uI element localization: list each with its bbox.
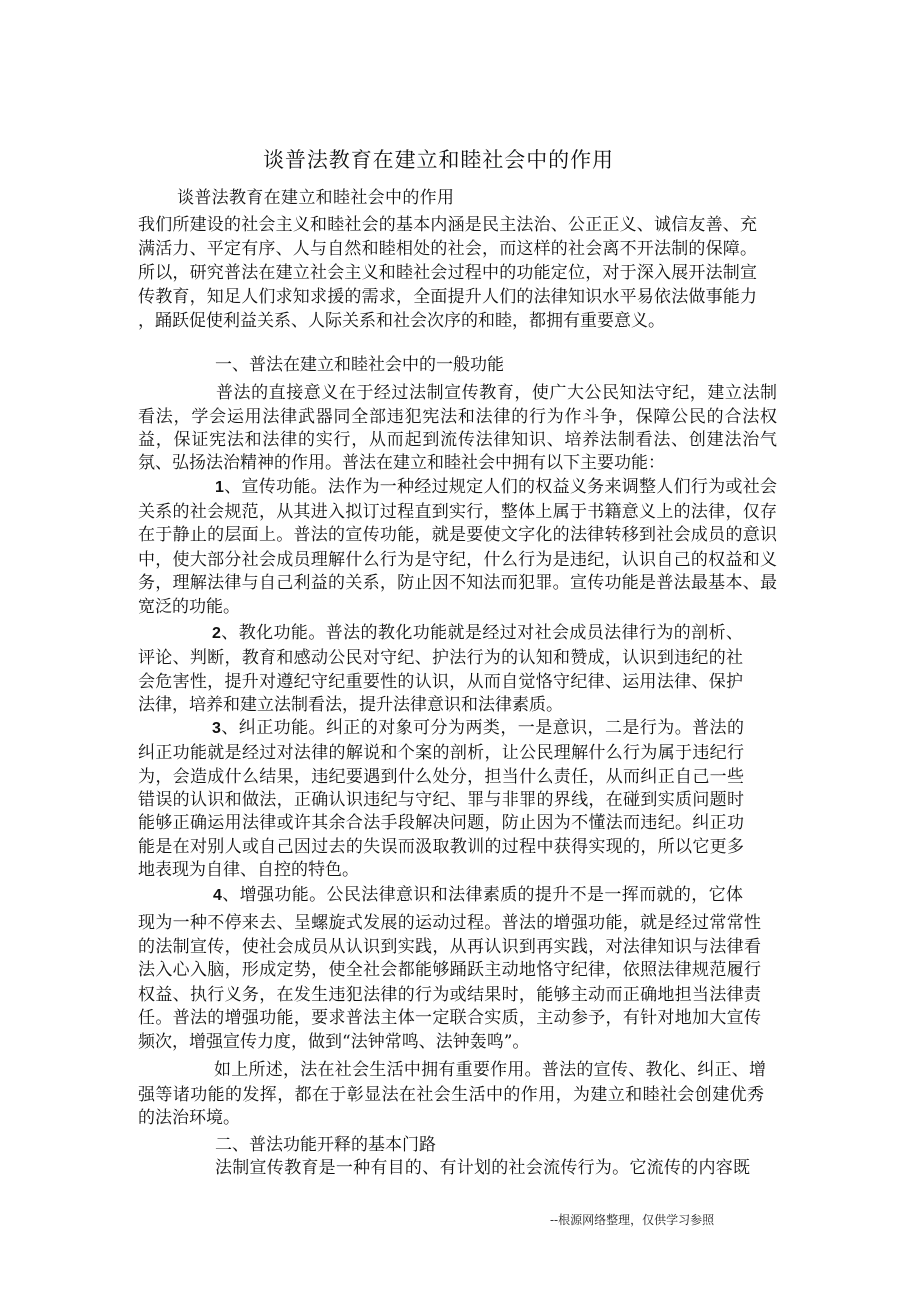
item-number: 4 bbox=[213, 887, 222, 904]
section-heading-2: 二、普法功能开释的基本门路 bbox=[215, 1133, 436, 1157]
text-line: 法制宣传教育是一种有目的、有计划的社会流传行为。它流传的内容既 bbox=[215, 1156, 750, 1180]
line-text: 、增强功能。公民法律意识和法律素质的提升不是一挥而就的，它体 bbox=[222, 885, 743, 905]
text-line: 的法制宣传，使社会成员从认识到实践，从再认识到再实践，对法律知识与法律看 bbox=[138, 935, 761, 959]
text-line: 如上所述，法在社会生活中拥有重要作用。普法的宣传、教化、纠正、增 bbox=[214, 1058, 766, 1082]
text-line: 传教育，知足人们求知求援的需求，全面提升人们的法律知识水平易依法做事能力 bbox=[138, 285, 757, 309]
text-line: 1、宣传功能。法作为一种经过规定人们的权益义务来调整人们行为或社会 bbox=[215, 475, 777, 499]
item-number: 1 bbox=[215, 479, 224, 496]
text-line: 在于静止的层面上。普法的宣传功能，就是要使文字化的法律转移到社会成员的意识 bbox=[138, 523, 777, 547]
text-line: 频次，增强宣传力度，做到“法钟常鸣、法钟轰鸣”。 bbox=[138, 1030, 529, 1054]
text-line: 满活力、平定有序、人与自然和睦相处的社会，而这样的社会离不开法制的保障。 bbox=[138, 237, 757, 261]
document-title: 谈普法教育在建立和睦社会中的作用 bbox=[263, 146, 613, 174]
section-heading-1: 一、普法在建立和睦社会中的一般功能 bbox=[215, 353, 504, 377]
text-line: 3、纠正功能。纠正的对象可分为两类，一是意识，二是行为。普法的 bbox=[212, 716, 744, 740]
text-line: 法入心入脑，形成定势，使全社会都能够踊跃主动地恪守纪律，依照法律规范履行 bbox=[138, 958, 761, 982]
text-line: 现为一种不停来去、呈螺旋式发展的运动过程。普法的增强功能，就是经过常常性 bbox=[138, 911, 761, 935]
text-line: 关系的社会规范，从其进入拟订过程直到实行，整体上属于书籍意义上的法律，仅存 bbox=[138, 500, 777, 524]
text-line: 法律，培养和建立法制看法，提升法律意识和法律素质。 bbox=[138, 693, 563, 717]
item-number: 2 bbox=[212, 625, 221, 642]
line-text: 、纠正功能。纠正的对象可分为两类，一是意识，二是行为。普法的 bbox=[221, 718, 744, 738]
text-line: 2、教化功能。普法的教化功能就是经过对社会成员法律行为的剖析、 bbox=[212, 621, 743, 645]
text-line: 所以，研究普法在建立社会主义和睦社会过程中的功能定位，对于深入展开法制宣 bbox=[138, 261, 757, 285]
document-subtitle: 谈普法教育在建立和睦社会中的作用 bbox=[177, 186, 454, 210]
text-line: ，踊跃促使利益关系、人际关系和社会次序的和睦，都拥有重要意义。 bbox=[138, 309, 665, 333]
text-line: 纠正功能就是经过对法律的解说和个案的剖析，让公民理解什么行为属于违纪行 bbox=[138, 741, 744, 765]
text-line: 中，使大部分社会成员理解什么行为是守纪，什么行为是违纪，认识自己的权益和义 bbox=[138, 548, 777, 572]
text-line: 错误的认识和做法，正确认识违纪与守纪、罪与非罪的界线，在碰到实质问题时 bbox=[138, 788, 744, 812]
text-line: 能是在对别人或自己因过去的失误而汲取教训的过程中获得实现的，所以它更多 bbox=[138, 835, 744, 859]
footer-note: --根源网络整理，仅供学习参照 bbox=[550, 1211, 714, 1229]
text-line: 为，会造成什么结果，违纪要遇到什么处分，担当什么责任，从而纠正自己一些 bbox=[138, 765, 744, 789]
text-line: 宽泛的功能。 bbox=[138, 595, 240, 619]
text-line: 我们所建设的社会主义和睦社会的基本内涵是民主法治、公正正义、诚信友善、充 bbox=[138, 213, 757, 237]
text-line: 地表现为自律、自控的特色。 bbox=[138, 858, 359, 882]
document-page: 谈普法教育在建立和睦社会中的作用 谈普法教育在建立和睦社会中的作用 我们所建设的… bbox=[0, 0, 920, 1303]
text-line: 的法治环境。 bbox=[138, 1106, 240, 1130]
line-text: 、教化功能。普法的教化功能就是经过对社会成员法律行为的剖析、 bbox=[221, 623, 743, 643]
text-line: 4、增强功能。公民法律意识和法律素质的提升不是一挥而就的，它体 bbox=[213, 883, 743, 907]
text-line: 能够正确运用法律或许其余合法手段解决问题，防止因为不懂法而违纪。纠正功 bbox=[138, 811, 744, 835]
text-line: 权益、执行义务，在发生违犯法律的行为或结果时，能够主动而正确地担当法律责 bbox=[138, 983, 761, 1007]
item-number: 3 bbox=[212, 720, 221, 737]
text-line: 会危害性，提升对遵纪守纪重要性的认识，从而自觉恪守纪律、运用法律、保护 bbox=[138, 670, 743, 694]
text-line: 评论、判断，教育和感动公民对守纪、护法行为的认知和赞成，认识到违纪的社 bbox=[138, 646, 743, 670]
text-line: 强等诸功能的发挥，都在于彰显法在社会生活中的作用，为建立和睦社会创建优秀 bbox=[138, 1083, 764, 1107]
text-line: 普法的直接意义在于经过法制宣传教育，使广大公民知法守纪，建立法制 bbox=[216, 381, 777, 405]
line-text: 、宣传功能。法作为一种经过规定人们的权益义务来调整人们行为或社会 bbox=[224, 477, 777, 497]
text-line: 氛、弘扬法治精神的作用。普法在建立和睦社会中拥有以下主要功能： bbox=[138, 451, 665, 475]
text-line: 务，理解法律与自己利益的关系，防止因不知法而犯罪。宣传功能是普法最基本、最 bbox=[138, 571, 777, 595]
text-line: 益，保证宪法和法律的实行，从而起到流传法律知识、培养法制看法、创建法治气 bbox=[138, 428, 777, 452]
text-line: 任。普法的增强功能，要求普法主体一定联合实质，主动参予，有针对地加大宣传 bbox=[138, 1006, 761, 1030]
text-line: 看法，学会运用法律武器同全部违犯宪法和法律的行为作斗争，保障公民的合法权 bbox=[138, 405, 777, 429]
